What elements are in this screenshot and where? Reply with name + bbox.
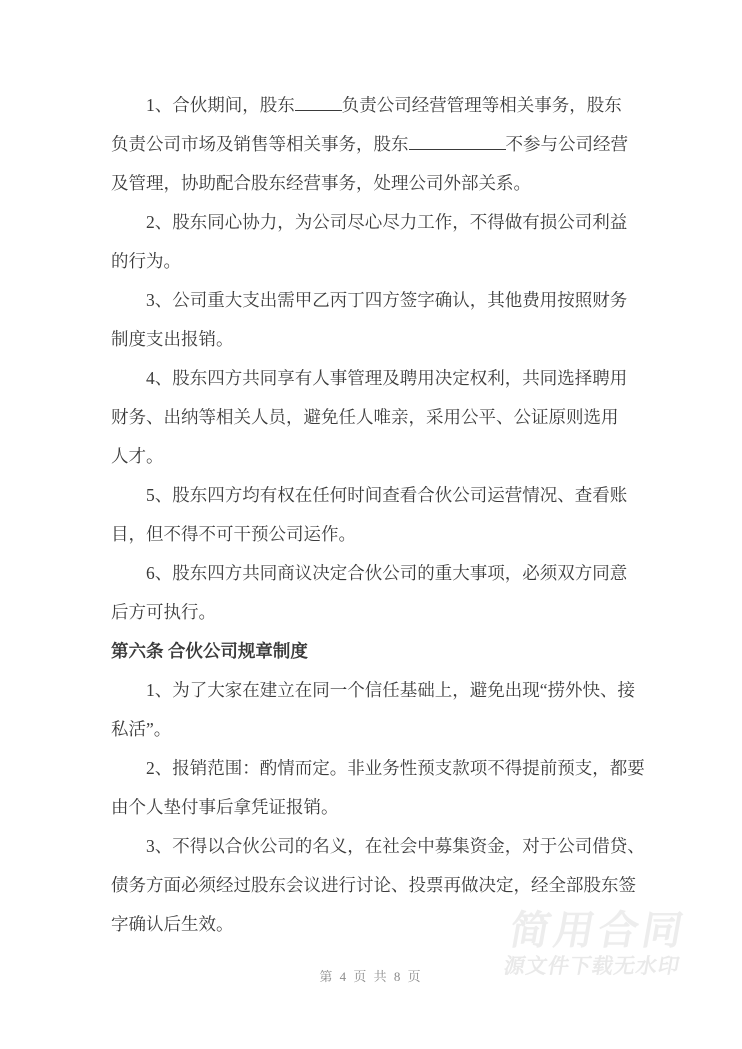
fill-in-blank-long [409, 134, 506, 150]
doc-line-text: 1、合伙期间，股东 [146, 95, 295, 115]
section-6-heading: 第六条 合伙公司规章制度 [111, 632, 656, 671]
doc-line: 2、股东同心协力，为公司尽心尽力工作，不得做有损公司利益 [111, 203, 656, 242]
doc-line: 债务方面必须经过股东会议进行讨论、投票再做决定，经全部股东签 [111, 866, 656, 905]
fill-in-blank-short [295, 95, 342, 111]
doc-line: 3、公司重大支出需甲乙丙丁四方签字确认，其他费用按照财务 [111, 281, 656, 320]
doc-line: 5、股东四方均有权在任何时间查看合伙公司运营情况、查看账 [111, 476, 656, 515]
doc-line: 及管理，协助配合股东经营事务，处理公司外部关系。 [111, 164, 656, 203]
doc-line: 私活”。 [111, 710, 656, 749]
page-footer: 第 4 页 共 8 页 [0, 966, 742, 985]
doc-line: 后方可执行。 [111, 593, 656, 632]
doc-line: 由个人垫付事后拿凭证报销。 [111, 788, 656, 827]
doc-line: 2、报销范围：酌情而定。非业务性预支款项不得提前预支，都要 [111, 749, 656, 788]
contract-body: 1、合伙期间，股东负责公司经营管理等相关事务，股东 负责公司市场及销售等相关事务… [111, 86, 656, 944]
doc-line: 1、合伙期间，股东负责公司经营管理等相关事务，股东 [111, 86, 656, 125]
doc-line: 字确认后生效。 [111, 905, 656, 944]
doc-line: 1、为了大家在建立在同一个信任基础上，避免出现“捞外快、接 [111, 671, 656, 710]
doc-line: 目，但不得不可干预公司运作。 [111, 515, 656, 554]
doc-line: 3、不得以合伙公司的名义，在社会中募集资金，对于公司借贷、 [111, 827, 656, 866]
doc-line-text: 负责公司经营管理等相关事务，股东 [342, 95, 622, 115]
doc-line-text: 负责公司市场及销售等相关事务，股东 [111, 134, 409, 154]
doc-line: 的行为。 [111, 242, 656, 281]
doc-line: 6、股东四方共同商议决定合伙公司的重大事项，必须双方同意 [111, 554, 656, 593]
doc-line: 人才。 [111, 437, 656, 476]
doc-line: 4、股东四方共同享有人事管理及聘用决定权利，共同选择聘用 [111, 359, 656, 398]
doc-line-text: 不参与公司经营 [506, 134, 629, 154]
doc-line: 负责公司市场及销售等相关事务，股东不参与公司经营 [111, 125, 656, 164]
contract-page: 1、合伙期间，股东负责公司经营管理等相关事务，股东 负责公司市场及销售等相关事务… [0, 0, 742, 1049]
doc-line: 财务、出纳等相关人员，避免任人唯亲，采用公平、公证原则选用 [111, 398, 656, 437]
doc-line: 制度支出报销。 [111, 320, 656, 359]
